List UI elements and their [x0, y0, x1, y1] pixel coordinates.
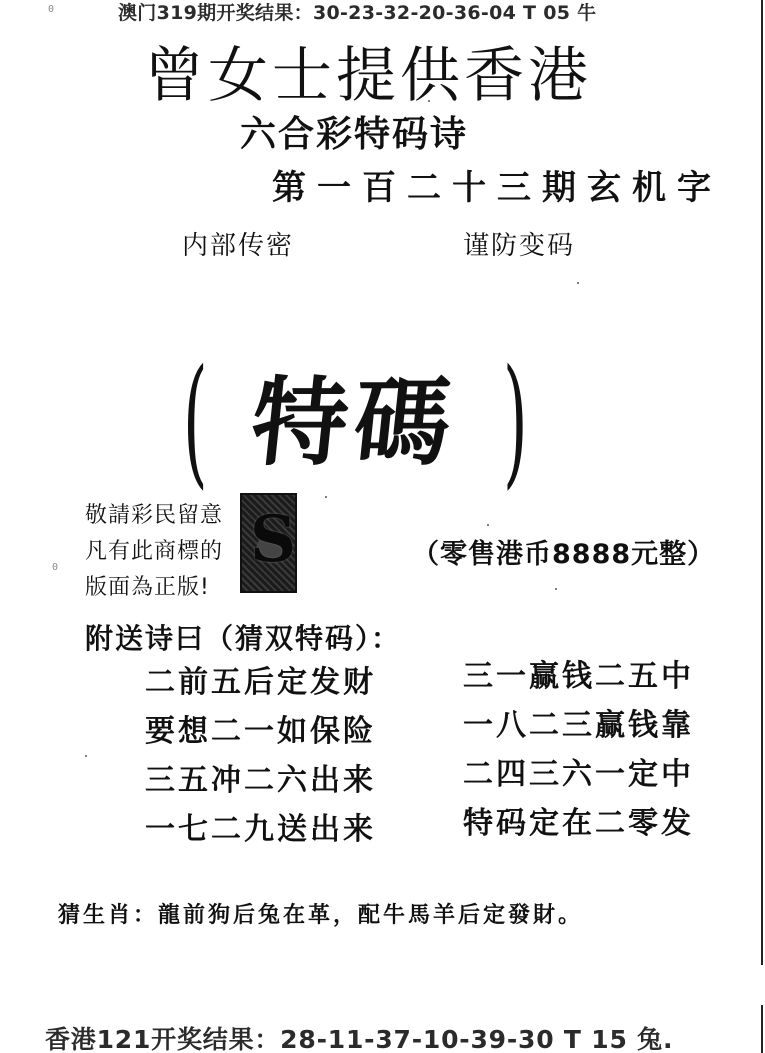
scan-speck [487, 524, 489, 526]
authenticity-line: 版面為正版! [85, 570, 223, 606]
zodiac-guess: 猜生肖：龍前狗后兔在革，配牛馬羊后定發財。 [58, 898, 583, 929]
page-subtitle: 六合彩特码诗 [240, 106, 468, 157]
page-title: 曾女士提供香港 [144, 28, 592, 114]
left-paren-decoration: ( [183, 352, 208, 492]
poem-right-column: 三一赢钱二五中 一八二三赢钱靠 二四三六一定中 特码定在二零发 [463, 652, 694, 848]
poem-line: 一七二九送出来 [145, 805, 376, 854]
note-internal-secret: 内部传密 [182, 225, 294, 262]
scan-speck [577, 282, 579, 284]
scan-speck [85, 755, 87, 757]
poem-line: 二前五后定发财 [145, 658, 376, 707]
poem-line: 三一赢钱二五中 [463, 652, 694, 701]
margin-mark-middle: 0 [52, 562, 58, 573]
poem-line: 二四三六一定中 [463, 750, 694, 799]
margin-mark-top: 0 [48, 4, 54, 15]
trademark-logo-icon: S [240, 493, 297, 593]
poem-line: 三五冲二六出来 [145, 756, 376, 805]
poem-line: 要想二一如保险 [145, 707, 376, 756]
feature-title: 特碼 [246, 368, 462, 478]
authenticity-line: 敬請彩民留意 [85, 498, 223, 534]
poem-line: 特码定在二零发 [463, 799, 694, 848]
authenticity-line: 凡有此商標的 [85, 534, 223, 570]
page-edge-gap [761, 965, 763, 1005]
scan-speck [428, 100, 430, 102]
right-paren-decoration: ) [503, 352, 528, 492]
retail-price: （零售港币8888元整） [412, 532, 715, 571]
hongkong-result-banner: 香港121开奖结果：28-11-37-10-39-30 T 15 兔. [45, 1020, 673, 1053]
scan-speck [325, 496, 327, 498]
page-edge-line [761, 0, 763, 1053]
authenticity-note: 敬請彩民留意 凡有此商標的 版面為正版! [85, 498, 223, 606]
scan-speck [555, 588, 557, 590]
poem-left-column: 二前五后定发财 要想二一如保险 三五冲二六出来 一七二九送出来 [145, 658, 376, 854]
poem-heading: 附送诗曰（猜双特码）： [85, 617, 401, 657]
macau-result-banner: 澳门319期开奖结果：30-23-32-20-36-04 T 05 牛 [118, 0, 596, 25]
logo-glyph: S [250, 505, 296, 575]
note-beware-fake: 谨防变码 [463, 225, 575, 262]
poem-line: 一八二三赢钱靠 [463, 701, 694, 750]
issue-line: 第一百二十三期玄机字 [272, 160, 722, 209]
